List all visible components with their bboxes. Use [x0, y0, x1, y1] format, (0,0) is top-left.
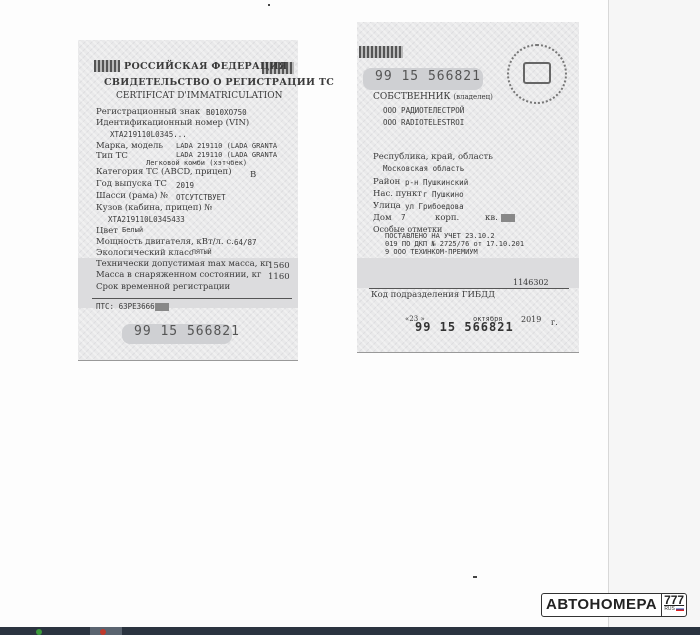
date-year: 2019 [521, 315, 541, 325]
date-suffix: г. [551, 318, 558, 328]
country-title: РОССИЙСКАЯ ФЕДЕРАЦИЯ [124, 62, 287, 72]
app-icon[interactable] [100, 629, 106, 635]
registration-certificate-front: РОССИЙСКАЯ ФЕДЕРАЦИЯ СВИДЕТЕЛЬСТВО О РЕГ… [78, 40, 298, 361]
field-value: ПЯТЫЙ [192, 247, 212, 257]
field-label: Регистрационный знак [96, 107, 200, 117]
russia-flag-icon [676, 607, 684, 611]
district-value: р-н Пушкинский [405, 178, 468, 188]
region-label: Республика, край, область [373, 152, 493, 162]
field-label: Кузов (кабина, прицеп) № [96, 203, 212, 213]
scan-speck [268, 4, 270, 6]
owner-name-lat: ООО RADIOTELESTROI [383, 118, 464, 128]
field-value: B [250, 170, 256, 180]
division-code: 1146302 [513, 278, 549, 288]
owner-label: СОБСТВЕННИК (владелец) [373, 92, 493, 102]
district-label: Район [373, 177, 400, 187]
note-line: 019 ПО ДКП № 2725/76 от 17.10.201 [385, 240, 524, 248]
house-label: Дом [373, 213, 392, 223]
field-label: Мощность двигателя, кВт/л. с. [96, 237, 234, 247]
division-label: Код подразделения ГИБДД [371, 290, 495, 300]
apartment-label: кв. [485, 213, 515, 223]
house-value: 7 [401, 213, 406, 223]
taskbar [0, 627, 700, 635]
vin-value: ХТА219110L0345... [110, 130, 187, 140]
street-label: Улица [373, 201, 401, 211]
field-label: Марка, модель [96, 141, 163, 151]
field-label: Цвет [96, 226, 118, 236]
field-label: Технически допустимая max масса, кг [96, 259, 270, 269]
locality-label: Нас. пункт [373, 189, 422, 199]
scan-speck [473, 576, 477, 578]
active-window-tab[interactable] [90, 627, 122, 635]
field-value: 2019 [176, 181, 194, 191]
coat-of-arms-emblem [507, 44, 567, 104]
owner-name-ru: ООО РАДИОТЕЛЕСТРОЙ [383, 106, 464, 116]
pts-number: ПТС: 63РЕ3666 [96, 302, 169, 312]
app-icon[interactable] [36, 629, 42, 635]
field-label: Идентификационный номер (VIN) [96, 118, 249, 128]
locality-value: г Пушкино [423, 190, 464, 200]
field-label: Категория ТС (ABCD, прицеп) [96, 167, 232, 177]
region-value: Московская область [383, 164, 464, 174]
ornament-left [359, 46, 403, 58]
field-label: Экологический класс [96, 248, 194, 258]
country-code: RUS [664, 606, 675, 612]
field-value: ОТСУТСТВУЕТ [176, 193, 226, 203]
field-label: Год выпуска ТС [96, 179, 167, 189]
street-value: ул Грибоедова [405, 202, 464, 212]
field-label: Тип ТС [96, 151, 128, 161]
avtonomera-watermark-logo[interactable]: АВТОНОМЕРА 777 RUS [541, 593, 687, 617]
scanned-page: РОССИЙСКАЯ ФЕДЕРАЦИЯ СВИДЕТЕЛЬСТВО О РЕГ… [0, 0, 609, 627]
region-code: 777 [664, 594, 684, 606]
field-value: 1160 [268, 272, 290, 282]
building-label: корп. [435, 213, 459, 223]
ornament-left [94, 60, 120, 72]
field-value: 1560 [268, 261, 290, 271]
plate-region: 777 RUS [662, 594, 686, 616]
note-line: 9 ООО ТЕХИНКОМ-ПРЕМИУМ [385, 248, 478, 256]
note-line: ПОСТАВЛЕНО НА УЧЕТ 23.10.2 [385, 232, 495, 240]
registration-certificate-back: 99 15 566821 СОБСТВЕННИК (владелец) ООО … [357, 22, 579, 353]
certificate-serial: 99 15 566821 [375, 72, 481, 82]
viewer-side-panel [609, 0, 700, 627]
field-value: Белый [122, 225, 143, 235]
field-value: ХТА219110L0345433 [108, 215, 185, 225]
field-label: Масса в снаряженном состоянии, кг [96, 270, 261, 280]
certificate-title-fr: CERTIFICAT D'IMMATRICULATION [116, 91, 282, 101]
field-value: 64/87 [234, 238, 257, 248]
brand-name: АВТОНОМЕРА [542, 594, 662, 616]
certificate-serial: 99 15 566821 [134, 327, 240, 337]
bottom-serial: 99 15 566821 [415, 322, 514, 332]
certificate-title-ru: СВИДЕТЕЛЬСТВО О РЕГИСТРАЦИИ ТС [104, 78, 334, 88]
field-value: В010ХО750 [206, 108, 247, 118]
field-label: Шасси (рама) № [96, 191, 168, 201]
field-label: Срок временной регистрации [96, 282, 230, 292]
